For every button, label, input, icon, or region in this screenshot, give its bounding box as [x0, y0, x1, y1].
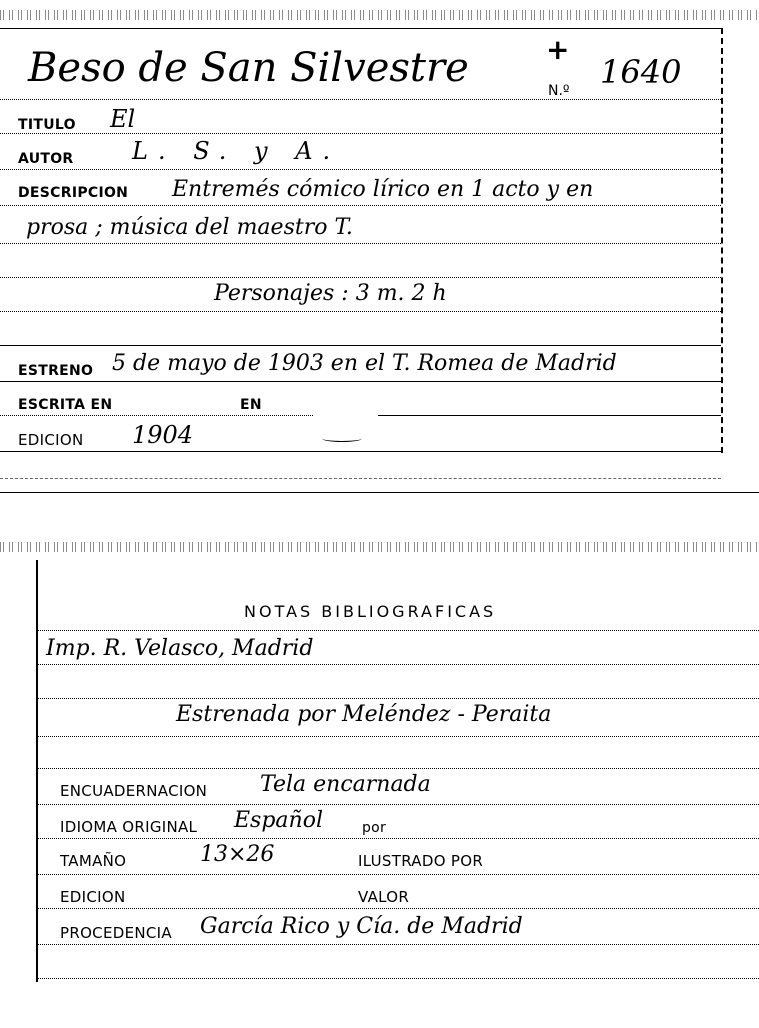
notas-heading: NOTAS BIBLIOGRAFICAS [244, 602, 496, 621]
rule [38, 768, 759, 769]
rule [38, 698, 759, 699]
tamano-label: TAMAÑO [60, 852, 126, 870]
edicion-label: EDICION [18, 431, 83, 449]
autor-label: AUTOR [18, 151, 74, 167]
rule [0, 133, 721, 134]
rule [38, 874, 759, 875]
en-label: EN [240, 397, 262, 413]
procedencia-value: García Rico y Cía. de Madrid [200, 914, 523, 939]
idioma-original-value: Español [234, 808, 323, 833]
rule [0, 311, 721, 312]
estreno-label: ESTRENO [18, 363, 93, 379]
estreno-value: 5 de mayo de 1903 en el T. Romea de Madr… [112, 351, 617, 376]
rule [0, 169, 721, 170]
rule [38, 944, 759, 945]
card-number: 1640 [600, 53, 681, 91]
rule [0, 345, 721, 346]
card-edge [0, 478, 721, 479]
rule [38, 630, 759, 631]
titulo-label: TITULO [18, 117, 76, 133]
rule [38, 736, 759, 737]
por-label: por [362, 820, 386, 836]
scan-noise-top [0, 10, 759, 20]
edicion-back-label: EDICION [60, 888, 125, 906]
procedencia-label: PROCEDENCIA [60, 924, 172, 942]
note-line-1: Imp. R. Velasco, Madrid [46, 636, 313, 661]
cross-mark-icon: + [546, 33, 569, 66]
autor-value: L. S. y A. [132, 137, 340, 165]
ilustrado-por-label: ILUSTRADO POR [358, 852, 483, 870]
rule [0, 99, 721, 100]
descripcion-value-line2: prosa ; música del maestro T. [26, 215, 353, 240]
valor-label: VALOR [358, 888, 409, 906]
card-title: Beso de San Silvestre [28, 45, 469, 91]
rule [38, 664, 759, 665]
titulo-value: El [110, 105, 135, 133]
number-label: N.º [548, 83, 570, 99]
personajes-value: Personajes : 3 m. 2 h [214, 281, 447, 306]
descripcion-label: DESCRIPCION [18, 185, 128, 201]
idioma-original-label: IDIOMA ORIGINAL [60, 818, 197, 836]
note-line-2: Estrenada por Meléndez - Peraita [176, 702, 551, 727]
tamano-value: 13×26 [200, 842, 274, 867]
rule [0, 451, 721, 452]
rule [0, 277, 721, 278]
catalog-card-back: NOTAS BIBLIOGRAFICAS Imp. R. Velasco, Ma… [36, 560, 759, 982]
encuadernacion-label: ENCUADERNACION [60, 782, 207, 800]
rule [38, 978, 759, 979]
escrita-en-label: ESCRITA EN [18, 397, 112, 413]
rule [38, 804, 759, 805]
rule [38, 838, 759, 839]
edicion-value: 1904 [132, 421, 193, 449]
rule [0, 243, 721, 244]
descripcion-value-line1: Entremés cómico lírico en 1 acto y en [172, 177, 593, 202]
card-separator [0, 492, 759, 493]
rule [378, 415, 721, 416]
ink-smudge [322, 435, 362, 442]
encuadernacion-value: Tela encarnada [260, 772, 431, 797]
rule [38, 908, 759, 909]
rule [0, 205, 721, 206]
catalog-card-front: Beso de San Silvestre + N.º 1640 TITULO … [0, 28, 723, 453]
rule [0, 381, 721, 382]
rule [0, 415, 313, 416]
scan-noise-middle [0, 542, 759, 552]
